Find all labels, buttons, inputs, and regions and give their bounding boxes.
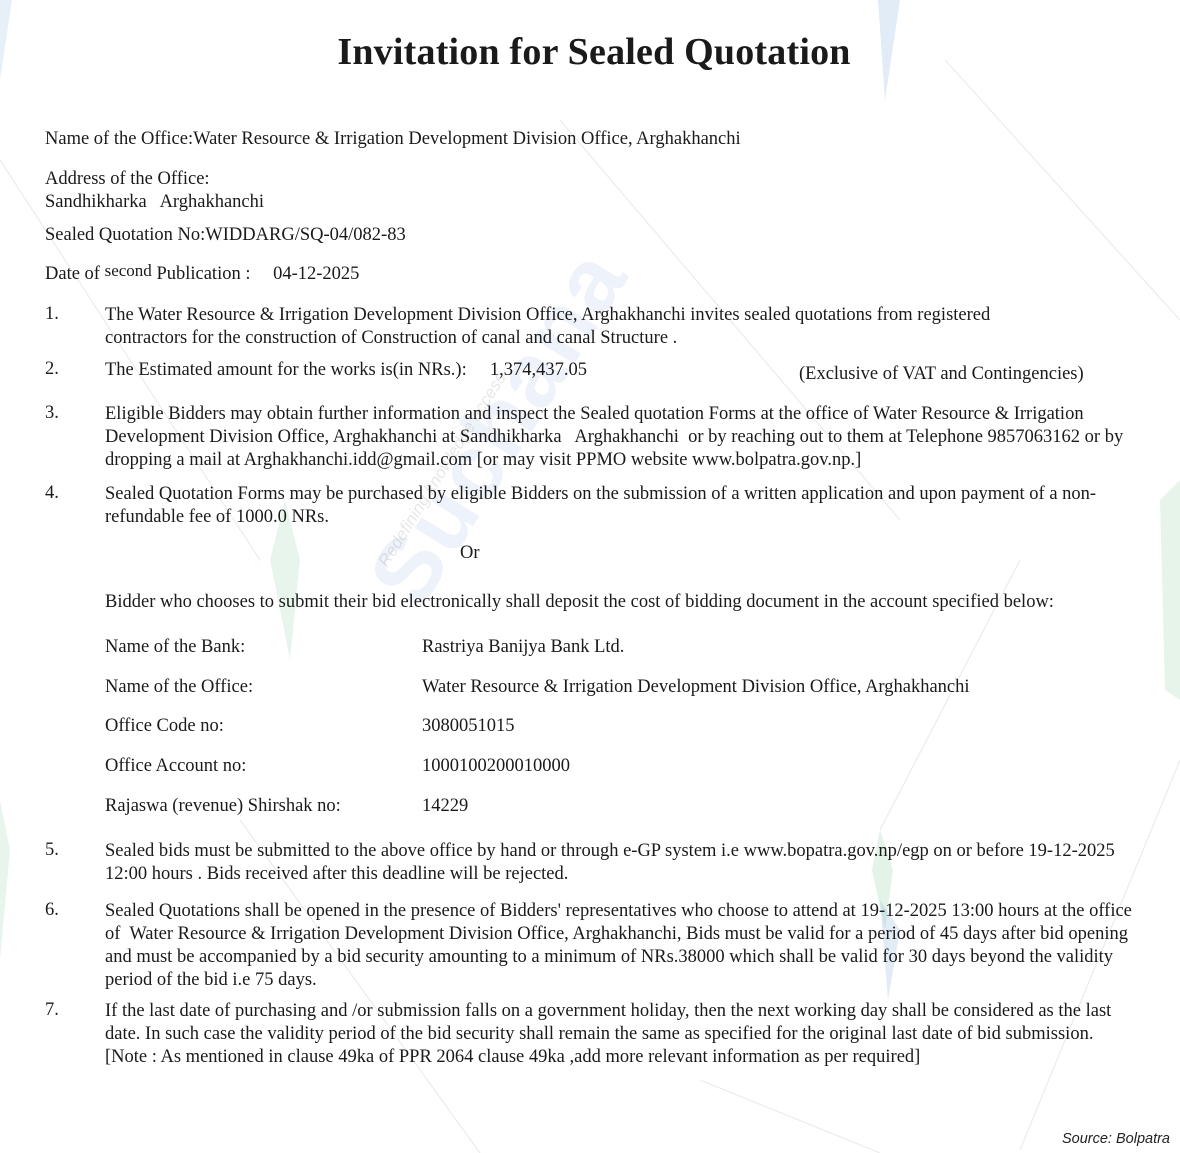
clause-7: 7. If the last date of purchasing and /o… [45,1000,1140,1069]
clause-number: 3. [45,403,59,424]
account-label: Office Code no: [105,716,422,737]
page-title: Invitation for Sealed Quotation [0,30,1180,74]
account-label: Rajaswa (revenue) Shirshak no: [105,796,422,817]
clause-number: 5. [45,840,59,861]
or-separator: Or [460,543,480,564]
clause-note: [Note : As mentioned in clause 49ka of P… [105,1046,1140,1069]
account-row-office-code: Office Code no:3080051015 [105,716,515,737]
electronic-bid-instruction: Bidder who chooses to submit their bid e… [105,592,1054,613]
clause-text: Sealed bids must be submitted to the abo… [105,840,1140,886]
office-name: Name of the Office:Water Resource & Irri… [45,129,741,150]
clause-text: Sealed Quotations shall be opened in the… [105,900,1140,992]
clause-number: 2. [45,359,59,380]
publication-date: 04-12-2025 [273,264,359,284]
account-value: Rastriya Banijya Bank Ltd. [422,637,624,657]
account-label: Office Account no: [105,756,422,777]
account-row-office: Name of the Office:Water Resource & Irri… [105,677,970,698]
clause-number: 6. [45,900,59,921]
clause-number: 7. [45,1000,59,1021]
account-row-revenue: Rajaswa (revenue) Shirshak no:14229 [105,796,468,817]
account-value: 1000100200010000 [422,756,570,776]
account-row-account-no: Office Account no:1000100200010000 [105,756,570,777]
clause-text: If the last date of purchasing and /or s… [105,1000,1140,1046]
estimate-note: (Exclusive of VAT and Contingencies) [799,364,1084,385]
clause-6: 6. Sealed Quotations shall be opened in … [45,900,1140,992]
publication-label-suffix: Publication : [156,264,250,284]
publication-label-raised: second [105,261,152,280]
clause-5: 5. Sealed bids must be submitted to the … [45,840,1140,886]
publication-date-line: Date of second Publication : 04-12-2025 [45,264,359,285]
clause-number: 1. [45,304,59,325]
address-label: Address of the Office: [45,169,210,190]
account-value: 14229 [422,796,468,816]
account-value: 3080051015 [422,716,515,736]
address-value: Sandhikharka Arghakhanchi [45,192,264,213]
clause-text: Sealed Quotation Forms may be purchased … [105,483,1140,529]
clause-3: 3. Eligible Bidders may obtain further i… [45,403,1140,472]
clause-4: 4. Sealed Quotation Forms may be purchas… [45,483,1140,529]
clause-1: 1. The Water Resource & Irrigation Devel… [45,304,1140,350]
source-credit: Source: Bolpatra [1062,1131,1170,1147]
publication-label-prefix: Date of [45,264,100,284]
account-label: Name of the Bank: [105,637,422,658]
clause-number: 4. [45,483,59,504]
quotation-number: Sealed Quotation No:WIDDARG/SQ-04/082-83 [45,225,406,246]
account-row-bank: Name of the Bank:Rastriya Banijya Bank L… [105,637,624,658]
clause-text: The Water Resource & Irrigation Developm… [105,304,1065,350]
account-label: Name of the Office: [105,677,422,698]
account-value: Water Resource & Irrigation Development … [422,677,970,697]
clause-text: Eligible Bidders may obtain further info… [105,403,1140,472]
